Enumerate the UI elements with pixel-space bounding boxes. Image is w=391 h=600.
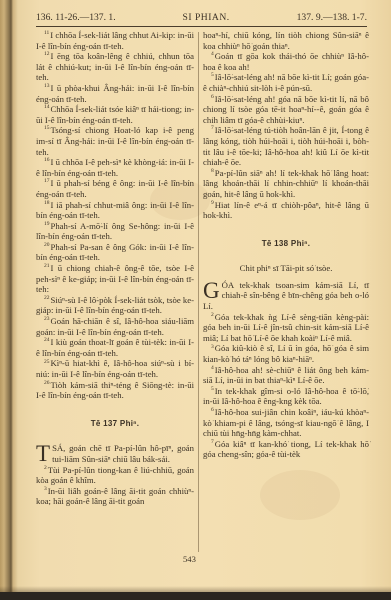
verse-138-1: GÓA tek-khak tsoan-sim kám-siā Lí, tī ch… bbox=[203, 280, 369, 312]
verse-text: Góa tek-khak ǹg Lí-ê sèng-tiān kèng-pài:… bbox=[203, 312, 369, 343]
verse-text: Iâ-lō͘-sat-léng tú-tiòh hoân-lān ê jit, … bbox=[203, 125, 369, 167]
page-number: 543 bbox=[183, 554, 196, 564]
verse-number: 14 bbox=[44, 104, 50, 110]
verse-text: Iâ-hô-hoa sui-jiân chin koâiⁿ, iáu-kú kh… bbox=[203, 407, 369, 438]
verse-text: I kiù goán thoat-lī goán ê tùi-tèk: in-ū… bbox=[36, 337, 194, 358]
verse-number: 2 bbox=[44, 465, 47, 471]
verse-number: 4 bbox=[211, 365, 214, 371]
verse-text: ÓA tek-khak tsoan-sim kám-siā Lí, tī chi… bbox=[203, 280, 369, 311]
verse-136-19: 19Phah-sí A-mō͘-lí ông Se-hông: in-ūi I-… bbox=[36, 221, 194, 242]
verse-text: Tùi Pa-pí-lûn tiong-kan ê liú-chhiū, goá… bbox=[36, 465, 194, 486]
verse-text: Siúⁿ-sù I-ê lô͘-pòk Í-sek-liát tsòk, tsò… bbox=[36, 295, 194, 316]
verse-136-25: 25Kìⁿ-ū hiat-khì ê, Iâ-hô-hoa siúⁿ-sù i … bbox=[36, 358, 194, 379]
verse-number: 13 bbox=[44, 83, 50, 89]
verse-137-6: 6Iâ-lō͘-sat-léng ah! góa nā bōe kì-tit l… bbox=[203, 94, 369, 126]
verse-number: 24 bbox=[44, 337, 50, 343]
header-book-title: SI PHIAN. bbox=[183, 12, 230, 23]
verse-136-12: 12I ēng tōa koân-lêng ê chhiú, chhun tōa… bbox=[36, 51, 194, 83]
verse-138-3: 3Góa kiû-kiò ê sî, Lí ū ìn góa, hō͘ góa … bbox=[203, 343, 369, 364]
verse-137-4: 4Goán tī gōa kok thái-thó ōe chhiùⁿ Iâ-h… bbox=[203, 51, 369, 72]
verse-text: Iâ-hô-hoa ah! sè-chiūⁿ ê liát ông beh ká… bbox=[203, 365, 369, 386]
verse-text: Chhōa Í-sek-liát tsóe kiâⁿ tī hái-tiong;… bbox=[36, 104, 194, 125]
verse-number: 22 bbox=[44, 295, 50, 301]
verse-number: 7 bbox=[211, 125, 214, 131]
verse-136-13: 13I ū phòa-khui Âng-hái: in-ūi I-ê lîn-b… bbox=[36, 83, 194, 104]
verse-number: 18 bbox=[44, 200, 50, 206]
verse-number: 20 bbox=[44, 242, 50, 248]
header-rule bbox=[36, 26, 367, 27]
verse-136-17: 17I ū phah-sí béng ê ông: in-ūi I-ê lîn-… bbox=[36, 178, 194, 199]
verse-text: Iâ-lō͘-sat-léng ah! góa nā bōe kì-tit lí… bbox=[203, 94, 369, 125]
verse-text: Phah-sí A-mō͘-lí ông Se-hông: in-ūi I-ê … bbox=[36, 221, 194, 242]
verse-136-26: 26Tiòh kám-siā thiⁿ-téng ê Siōng-tè: in-… bbox=[36, 380, 194, 401]
running-header: 136. 11-26.—137. 1. SI PHIAN. 137. 9.—13… bbox=[36, 10, 367, 24]
verse-number: 5 bbox=[211, 72, 214, 78]
verse-text: Tiòh kám-siā thiⁿ-téng ê Siōng-tè: in-ūi… bbox=[36, 380, 194, 401]
verse-136-11: 11I chhōa Í-sek-liát lâng chhut Ai-kip: … bbox=[36, 30, 194, 51]
verse-number: 4 bbox=[211, 51, 214, 57]
verse-text: Iâ-lō͘-sat-léng ah! nā bōe kì-tit Lí; go… bbox=[203, 72, 369, 93]
verse-text: SÁ, goán chē tī Pa-pí-lûn hô-pīⁿ, goán t… bbox=[52, 443, 194, 464]
chapter-137-heading: Tē 137 Phiⁿ. bbox=[36, 419, 194, 430]
verse-number: 3 bbox=[44, 486, 47, 492]
verse-138-6: 6Iâ-hô-hoa sui-jiân chin koâiⁿ, iáu-kú k… bbox=[203, 407, 369, 439]
verse-text: Góa kiû-kiò ê sî, Lí ū ìn góa, hō͘ góa ê… bbox=[203, 343, 369, 364]
verse-137-3-continued: hoaⁿ-hí, chiū kóng, lín tiòh chiong Sûn-… bbox=[203, 30, 369, 51]
paper-stain bbox=[260, 470, 340, 520]
verse-text: Tsóng-sí chiong Hoat-ló kap i-ê peng im-… bbox=[36, 125, 194, 156]
verse-text: Pa-pí-lûn siāⁿ ah! lí tek-khak hō͘ lâng … bbox=[203, 168, 369, 199]
header-right-ref: 137. 9.—138. 1-7. bbox=[297, 12, 367, 23]
verse-number: 9 bbox=[211, 200, 214, 206]
verse-137-7: 7Iâ-lō͘-sat-léng tú-tiòh hoân-lān ê jit,… bbox=[203, 125, 369, 167]
verse-number: 25 bbox=[44, 359, 50, 365]
verse-number: 6 bbox=[211, 407, 214, 413]
verse-text: I ū chiong chiah-ê ông-ê tōe, tsòe I-ê p… bbox=[36, 263, 194, 294]
verse-text: Goán hā-chiān ê sî, Iâ-hô-hoa siáu-liām … bbox=[36, 316, 194, 337]
verse-137-9: 9Hiat lín-ê eⁿ-á tī chiòh-pôaⁿ, hit-ê lâ… bbox=[203, 200, 369, 221]
verse-text: Góa kiâⁿ tī kan-khó͘ tiong, Lí tek-khak … bbox=[203, 439, 369, 460]
right-column: hoaⁿ-hí, chiū kóng, lín tiòh chiong Sûn-… bbox=[203, 30, 369, 460]
verse-number: 19 bbox=[44, 221, 50, 227]
verse-number: 26 bbox=[44, 380, 50, 386]
verse-text: Hiat lín-ê eⁿ-á tī chiòh-pôaⁿ, hit-ê lân… bbox=[203, 200, 369, 221]
verse-138-4: 4Iâ-hô-hoa ah! sè-chiūⁿ ê liát ông beh k… bbox=[203, 365, 369, 386]
verse-137-8: 8Pa-pí-lûn siāⁿ ah! lí tek-khak hō͘ lâng… bbox=[203, 168, 369, 200]
verse-text: I ū phòa-khui Âng-hái: in-ūi I-ê lîn-bín… bbox=[36, 83, 194, 104]
left-column: 11I chhōa Í-sek-liát lâng chhut Ai-kip: … bbox=[36, 30, 194, 507]
verse-136-14: 14Chhōa Í-sek-liát tsóe kiâⁿ tī hái-tion… bbox=[36, 104, 194, 125]
verse-number: 5 bbox=[211, 386, 214, 392]
verse-136-22: 22Siúⁿ-sù I-ê lô͘-pòk Í-sek-liát tsòk, t… bbox=[36, 295, 194, 316]
verse-text: Goán tī gōa kok thái-thó ōe chhiùⁿ Iâ-hô… bbox=[203, 51, 369, 72]
verse-136-16: 16I ū chhōa I-ê peh-sìⁿ kè khòng-iá: in-… bbox=[36, 157, 194, 178]
header-left-ref: 136. 11-26.—137. 1. bbox=[36, 12, 116, 23]
verse-138-5: 5In tek-khak gîm-si o-ló Iâ-hô-hoa ê tō͘… bbox=[203, 386, 369, 407]
verse-number: 6 bbox=[211, 94, 214, 100]
verse-137-1: TSÁ, goán chē tī Pa-pí-lûn hô-pīⁿ, goán … bbox=[36, 443, 194, 464]
drop-cap-letter: T bbox=[36, 444, 50, 463]
verse-text: Phah-sí Pa-san ê ông Gók: in-ūi I-ê lîn-… bbox=[36, 242, 194, 263]
book-page: 136. 11-26.—137. 1. SI PHIAN. 137. 9.—13… bbox=[0, 0, 391, 592]
verse-number: 2 bbox=[211, 312, 214, 318]
column-divider bbox=[198, 32, 199, 552]
chapter-138-heading: Tē 138 Phiⁿ. bbox=[203, 239, 369, 250]
verse-text: In-ūi liâh goán-ê lâng āi-tit goán chhiù… bbox=[36, 486, 194, 507]
verse-text: I ū chhōa I-ê peh-sìⁿ kè khòng-iá: in-ūi… bbox=[36, 157, 194, 178]
verse-text: Kìⁿ-ū hiat-khì ê, Iâ-hô-hoa siúⁿ-sù i bí… bbox=[36, 358, 194, 379]
verse-136-20: 20Phah-sí Pa-san ê ông Gók: in-ūi I-ê lî… bbox=[36, 242, 194, 263]
verse-number: 21 bbox=[44, 263, 50, 269]
verse-number: 11 bbox=[44, 30, 49, 36]
verse-number: 17 bbox=[44, 178, 50, 184]
verse-text: I chhōa Í-sek-liát lâng chhut Ai-kip: in… bbox=[36, 30, 194, 51]
verse-138-2: 2Góa tek-khak ǹg Lí-ê sèng-tiān kèng-pài… bbox=[203, 312, 369, 344]
verse-text: I ū phah-sí béng ê ông: in-ūi I-ê lîn-bí… bbox=[36, 178, 194, 199]
verse-136-24: 24I kiù goán thoat-lī goán ê tùi-tèk: in… bbox=[36, 337, 194, 358]
verse-number: 3 bbox=[211, 344, 214, 350]
verse-text: I ēng tōa koân-lêng ê chhiú, chhun tōa l… bbox=[36, 51, 194, 82]
drop-cap-letter: G bbox=[203, 281, 220, 300]
verse-137-5: 5Iâ-lō͘-sat-léng ah! nā bōe kì-tit Lí; g… bbox=[203, 72, 369, 93]
verse-number: 15 bbox=[44, 125, 50, 131]
verse-text: In tek-khak gîm-si o-ló Iâ-hô-hoa ê tō͘-… bbox=[203, 386, 369, 407]
verse-138-7: 7Góa kiâⁿ tī kan-khó͘ tiong, Lí tek-khak… bbox=[203, 439, 369, 460]
verse-136-21: 21I ū chiong chiah-ê ông-ê tōe, tsòe I-ê… bbox=[36, 263, 194, 295]
verse-number: 23 bbox=[44, 316, 50, 322]
verse-136-23: 23Goán hā-chiān ê sî, Iâ-hô-hoa siáu-liā… bbox=[36, 316, 194, 337]
verse-137-2: 2Tùi Pa-pí-lûn tiong-kan ê liú-chhiū, go… bbox=[36, 465, 194, 486]
verse-number: 8 bbox=[211, 168, 214, 174]
verse-137-3: 3In-ūi liâh goán-ê lâng āi-tit goán chhi… bbox=[36, 486, 194, 507]
verse-number: 12 bbox=[44, 51, 50, 57]
verse-136-18: 18I iā phah-sí chhut-miâ ông: in-ūi I-ê … bbox=[36, 200, 194, 221]
verse-136-15: 15Tsóng-sí chiong Hoat-ló kap i-ê peng i… bbox=[36, 125, 194, 157]
verse-number: 7 bbox=[211, 439, 214, 445]
verse-number: 16 bbox=[44, 157, 50, 163]
chapter-138-subtitle: Chit phiⁿ sī Tāi-pit só͘ tsòe. bbox=[203, 263, 369, 274]
verse-text: I iā phah-sí chhut-miâ ông: in-ūi I-ê lî… bbox=[36, 200, 194, 221]
